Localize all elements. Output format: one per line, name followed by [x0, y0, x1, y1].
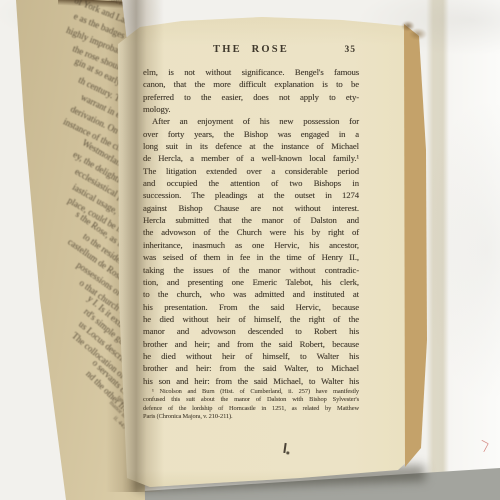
body-text-line: his presentation. From the said Hervic, … — [143, 301, 359, 313]
footnote-line: ¹ Nicolson and Burn (Hist. of Cumberland… — [143, 388, 359, 396]
body-text-line: Hercla submitted that the manor of Dalst… — [143, 214, 359, 226]
body-text-line: de Hercla, a member of a well-known loca… — [143, 152, 359, 164]
body-text-line: brother and heir; and from the said Robe… — [143, 338, 359, 350]
body-text-line: was seised of them in fee in the time of… — [143, 251, 359, 263]
body-text-line: mology. — [143, 103, 359, 115]
footnote-line: confused this suit about the manor of Da… — [143, 396, 359, 404]
footnote-line: defence of the lordship of Horncastle in… — [143, 405, 359, 413]
running-head-title: THE ROSE — [213, 44, 289, 55]
body-text-line: manor and advowson descended to Robert h… — [143, 325, 359, 337]
body-text-line: canon, that the more difficult explanati… — [143, 78, 359, 90]
body-text-line: over forty years, the Bishop was engaged… — [143, 128, 359, 140]
ink-smudge — [283, 443, 286, 453]
body-text-line: After an enjoyment of his new possession… — [143, 115, 359, 127]
worn-page-corner — [394, 16, 428, 44]
body-text-line: he died without heir of himself, the rig… — [143, 313, 359, 325]
body-text-line: inheritance, inasmuch as one Hervic, his… — [143, 239, 359, 251]
body-text-line: The litigation extended over a considera… — [143, 165, 359, 177]
body-text-line: against Bishop Chause are not without in… — [143, 202, 359, 214]
gutter-shadow — [106, 0, 164, 492]
body-text-line: preferred to the easier, does not apply … — [143, 91, 359, 103]
right-page-content: THE ROSE 35 elm, is not without signific… — [143, 40, 359, 421]
body-text-line: and occupied the attention of two Bishop… — [143, 177, 359, 189]
page-number: 35 — [345, 45, 357, 55]
page-header: THE ROSE 35 — [143, 40, 359, 66]
body-text: elm, is not without significance. Bengel… — [143, 66, 359, 387]
body-text-line: tion, and presenting one Emeric Talebot,… — [143, 276, 359, 288]
body-text-line: succession. The pleadings at the outset … — [143, 189, 359, 201]
body-text-line: to the church, who was admitted and inst… — [143, 288, 359, 300]
body-text-line: taking the issues of the manor without c… — [143, 264, 359, 276]
body-text-line: long suit in its defence at the instance… — [143, 140, 359, 152]
body-text-line: elm, is not without significance. Bengel… — [143, 66, 359, 78]
photo-of-open-book: rmorial shields notof York and Lancaste … — [0, 0, 500, 500]
footnote-line: Paris (Chronica Majora, v. 210-211). — [143, 413, 359, 421]
body-text-line: the advowson of the Church were his by r… — [143, 226, 359, 238]
footnote: ¹ Nicolson and Burn (Hist. of Cumberland… — [143, 388, 359, 421]
body-text-line: he died without heir of himself, to Walt… — [143, 350, 359, 362]
body-text-line: brother and heir: from the said Walter, … — [143, 362, 359, 374]
body-text-line: his son and heir: from the said Michael,… — [143, 375, 359, 387]
